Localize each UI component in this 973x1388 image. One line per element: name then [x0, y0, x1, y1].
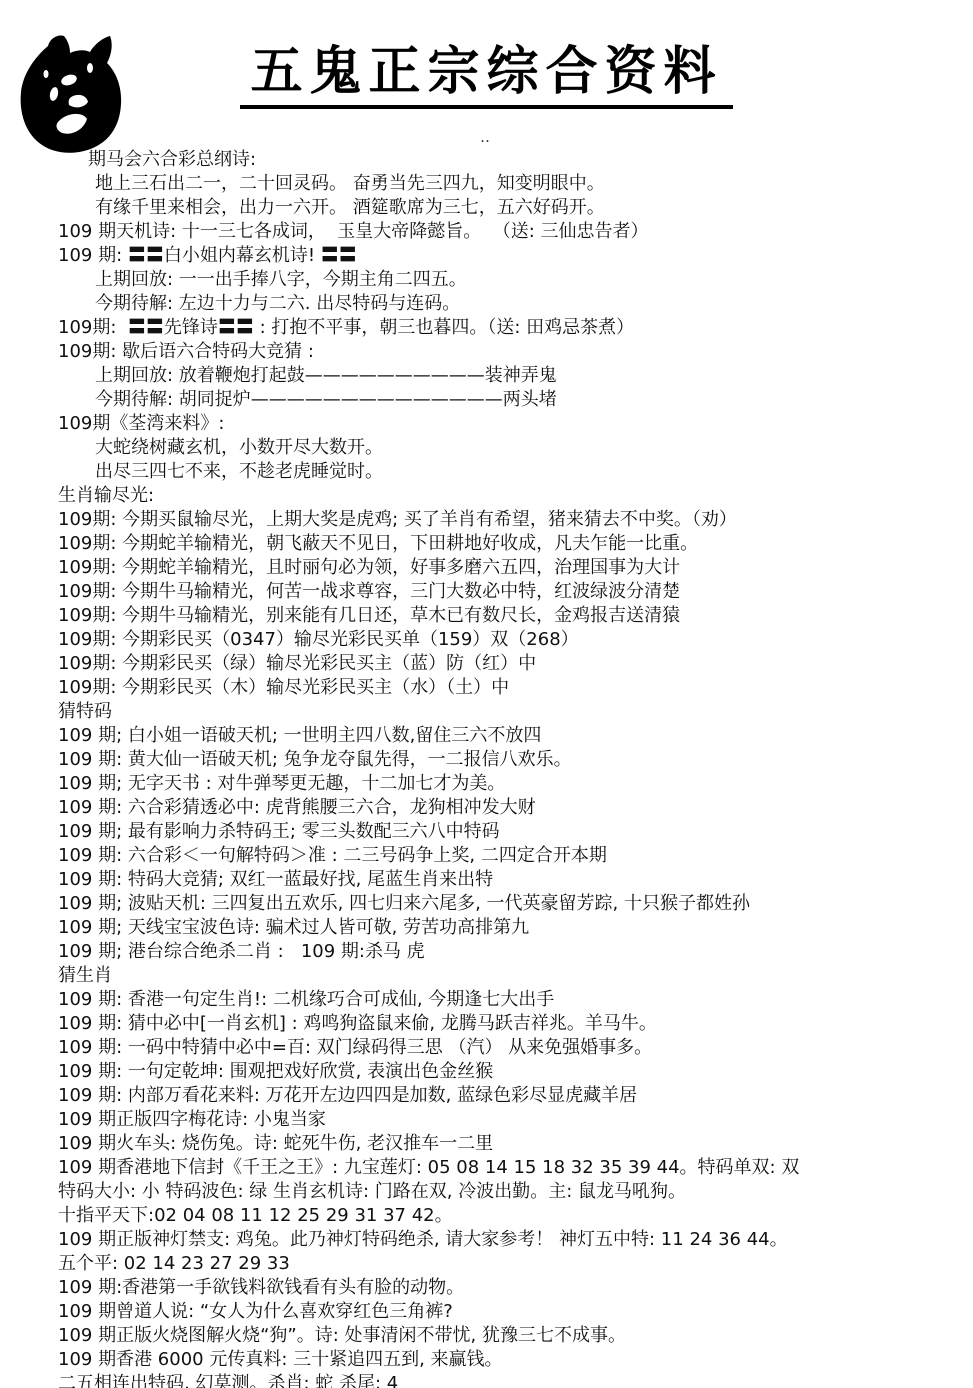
text-line: 109 期香港 6000 元传真料: 三十紧追四五到, 来赢钱。 [58, 1348, 973, 1372]
text-line: 109期: 今期彩民买（绿）输尽光彩民买主（蓝）防（红）中 [58, 652, 973, 676]
text-line: 109 期:香港第一手欲钱料欲钱看有头有脸的动物。 [58, 1276, 973, 1300]
text-line: 109 期: 六合彩猜透必中: 虎背熊腰三六合，龙狗相冲发大财 [58, 796, 973, 820]
text-line: 十指平天下:02 04 08 11 12 25 29 31 37 42。 [58, 1204, 973, 1228]
text-line: 109期: 今期蛇羊输精光，朝飞蔽天不见日，下田耕地好收成，凡夫乍能一比重。 [58, 532, 973, 556]
text-line: 109期: 歇后语六合特码大竞猜 : [58, 340, 973, 364]
text-line: 109期: 今期彩民买（木）输尽光彩民买主（水）（土）中 [58, 676, 973, 700]
text-line: 期马会六合彩总纲诗: [88, 148, 973, 172]
text-line: 今期待解: 左边十力与二六. 出尽特码与连码。 [95, 292, 973, 316]
title-dots: ‥ [0, 130, 973, 144]
text-line: 109 期: 香港一句定生肖!: 二机缘巧合可成仙, 今期逢七大出手 [58, 988, 973, 1012]
text-line: 109 期: 猜中必中[一肖玄机] : 鸡鸣狗盗鼠来偷, 龙腾马跃吉祥兆。羊马牛… [58, 1012, 973, 1036]
text-line: 109 期; 天线宝宝波色诗: 骗术过人皆可敬, 劳苦功高排第九 [58, 916, 973, 940]
text-line: 地上三石出二一，二十回灵码。 奋勇当先三四九，知变明眼中。 [95, 172, 973, 196]
text-line: 109期: 今期买鼠输尽光，上期大奖是虎鸡; 买了羊肖有希望，猪来猜去不中奖。（… [58, 508, 973, 532]
text-line: 109 期; 港台综合绝杀二肖 : 109 期:杀马 虎 [58, 940, 973, 964]
document-body: 期马会六合彩总纲诗:地上三石出二一，二十回灵码。 奋勇当先三四九，知变明眼中。有… [0, 148, 973, 1388]
text-line: 大蛇绕树藏玄机，小数开尽大数开。 [95, 436, 973, 460]
text-line: 109 期; 最有影响力杀特码王; 零三头数配三六八中特码 [58, 820, 973, 844]
text-line: 109期: 今期牛马输精光，别来能有几日还，草木已有数尺长，金鸡报吉送清猿 [58, 604, 973, 628]
text-line: 109 期火车头: 烧伤兔。诗: 蛇死牛伤, 老汉推车一二里 [58, 1132, 973, 1156]
text-line: 109 期: 一句定乾坤: 围观把戏好欣赏, 表演出色金丝猴 [58, 1060, 973, 1084]
text-line: 上期回放: 放着鞭炮打起鼓——————————装神弄鬼 [95, 364, 973, 388]
text-line: 特码大小: 小 特码波色: 绿 生肖玄机诗: 门路在双, 冷波出勤。主: 鼠龙马… [58, 1180, 973, 1204]
text-line: 109期: 〓〓先锋诗〓〓 : 打抱不平事，朝三也暮四。（送: 田鸡忌茶煮） [58, 316, 973, 340]
text-line: 109 期天机诗: 十一三七各成词， 玉皇大帝降懿旨。 （送: 三仙忠告者） [58, 220, 973, 244]
text-line: 109 期正版神灯禁支: 鸡兔。此乃神灯特码绝杀, 请大家参考！ 神灯五中特: … [58, 1228, 973, 1252]
text-line: 有缘千里来相会，出力一六开。 酒筵歌席为三七，五六好码开。 [95, 196, 973, 220]
text-line: 109 期: 黄大仙一语破天机; 兔争龙夺鼠先得，一二报信八欢乐。 [58, 748, 973, 772]
text-line: 今期待解: 胡同捉炉——————————————两头堵 [95, 388, 973, 412]
text-line: 二五相连出特码, 幻莫测。杀肖: 蛇 杀尾: 4 [58, 1372, 973, 1388]
text-line: 109期: 今期彩民买（0347）输尽光彩民买单（159）双（268） [58, 628, 973, 652]
text-line: 109 期: 特码大竞猜; 双红一蓝最好找, 尾蓝生肖来出特 [58, 868, 973, 892]
text-line: 生肖输尽光: [58, 484, 973, 508]
text-line: 109 期正版四字梅花诗: 小鬼当家 [58, 1108, 973, 1132]
text-line: 109 期: 内部万看花来料: 万花开左边四四是加数, 蓝绿色彩尽显虎藏羊居 [58, 1084, 973, 1108]
text-line: 上期回放: 一一出手捧八字，今期主角二四五。 [95, 268, 973, 292]
text-line: 109期《荃湾来料》: [58, 412, 973, 436]
text-line: 109 期香港地下信封《千王之王》: 九宝莲灯: 05 08 14 15 18 … [58, 1156, 973, 1180]
text-line: 出尽三四七不来，不趁老虎睡觉时。 [95, 460, 973, 484]
document-page: 五鬼正宗综合资料 ‥ 期马会六合彩总纲诗:地上三石出二一，二十回灵码。 奋勇当先… [0, 0, 973, 1388]
text-line: 109 期; 白小姐一语破天机; 一世明主四八数,留住三六不放四 [58, 724, 973, 748]
text-line: 猜特码 [58, 700, 973, 724]
text-line: 猜生肖 [58, 964, 973, 988]
text-line: 109期: 今期蛇羊输精光，且时丽句必为领，好事多磨六五四，治理国事为大计 [58, 556, 973, 580]
text-line: 109期: 今期牛马输精光，何苦一战求尊容，三门大数必中特，红波绿波分清楚 [58, 580, 973, 604]
page-title: 五鬼正宗综合资料 [240, 42, 732, 109]
text-line: 109 期曾道人说: “女人为什么喜欢穿红色三角裤? [58, 1300, 973, 1324]
text-line: 109 期正版火烧图解火烧“狗”。诗: 处事清闲不带忧, 犹豫三七不成事。 [58, 1324, 973, 1348]
text-line: 109 期: 〓〓白小姐内幕玄机诗! 〓〓 [58, 244, 973, 268]
ink-ghost-blob-icon [16, 34, 136, 156]
text-line: 109 期; 波贴天机: 三四复出五欢乐, 四七归来六尾多, 一代英豪留芳踪, … [58, 892, 973, 916]
text-line: 109 期: 一码中特猜中必中=百: 双门绿码得三思 （汽） 从来免强婚事多。 [58, 1036, 973, 1060]
text-line: 109 期: 六合彩＜一句解特码＞准 : 二三号码争上奖, 二四定合开本期 [58, 844, 973, 868]
text-line: 五个平: 02 14 23 27 29 33 [58, 1252, 973, 1276]
text-line: 109 期; 无字天书 : 对牛弹琴更无趣，十二加七才为美。 [58, 772, 973, 796]
page-header: 五鬼正宗综合资料 [0, 0, 973, 130]
